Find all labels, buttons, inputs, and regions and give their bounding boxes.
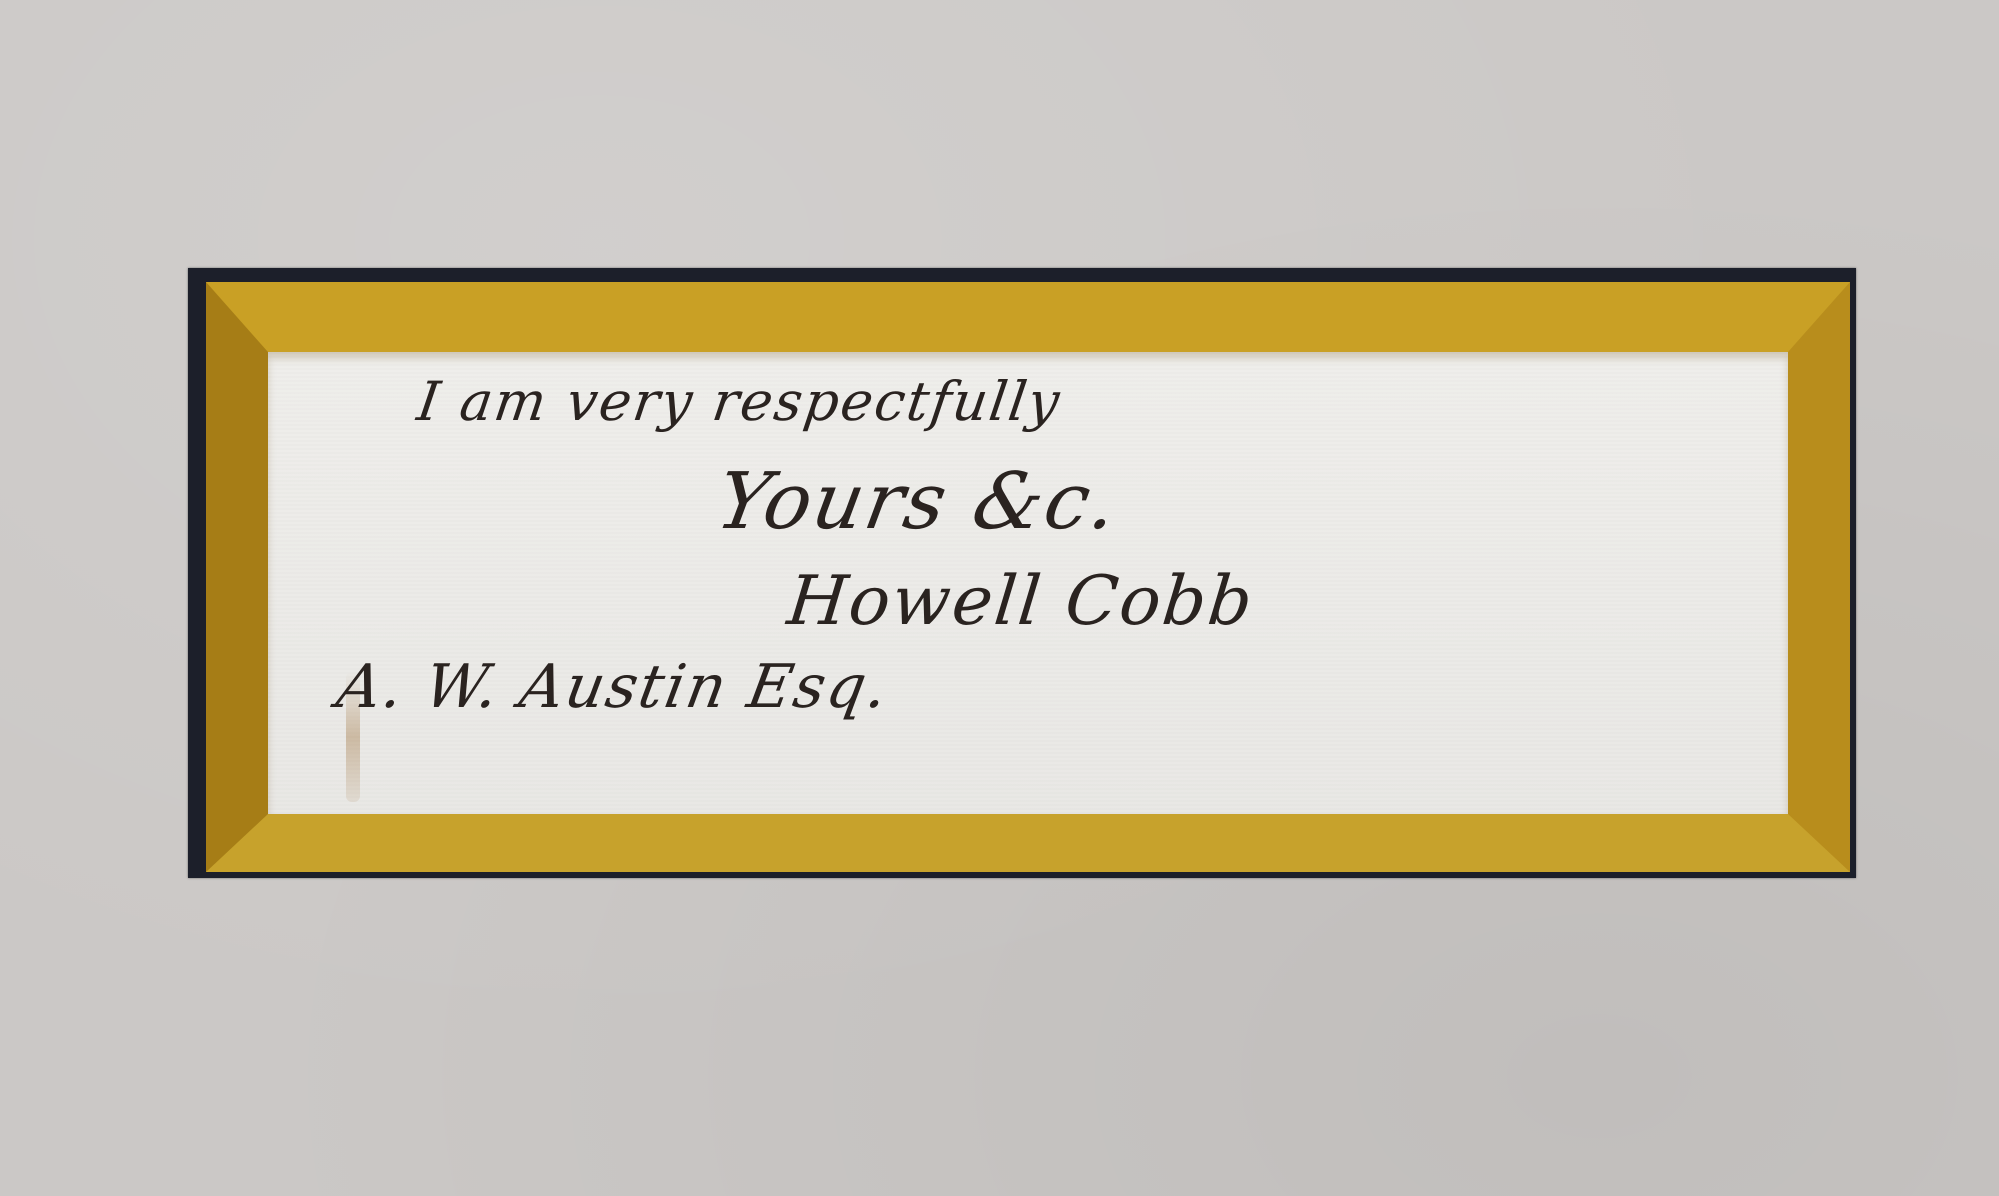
signature-paper: I am very respectfully Yours &c. Howell … — [268, 352, 1788, 814]
addressee-line: A. W. Austin Esq. — [332, 652, 895, 722]
gold-frame: I am very respectfully Yours &c. Howell … — [206, 282, 1850, 872]
yours-line: Yours &c. — [710, 457, 1126, 547]
signature-name: Howell Cobb — [784, 562, 1258, 641]
closing-line: I am very respectfully — [414, 370, 1066, 433]
